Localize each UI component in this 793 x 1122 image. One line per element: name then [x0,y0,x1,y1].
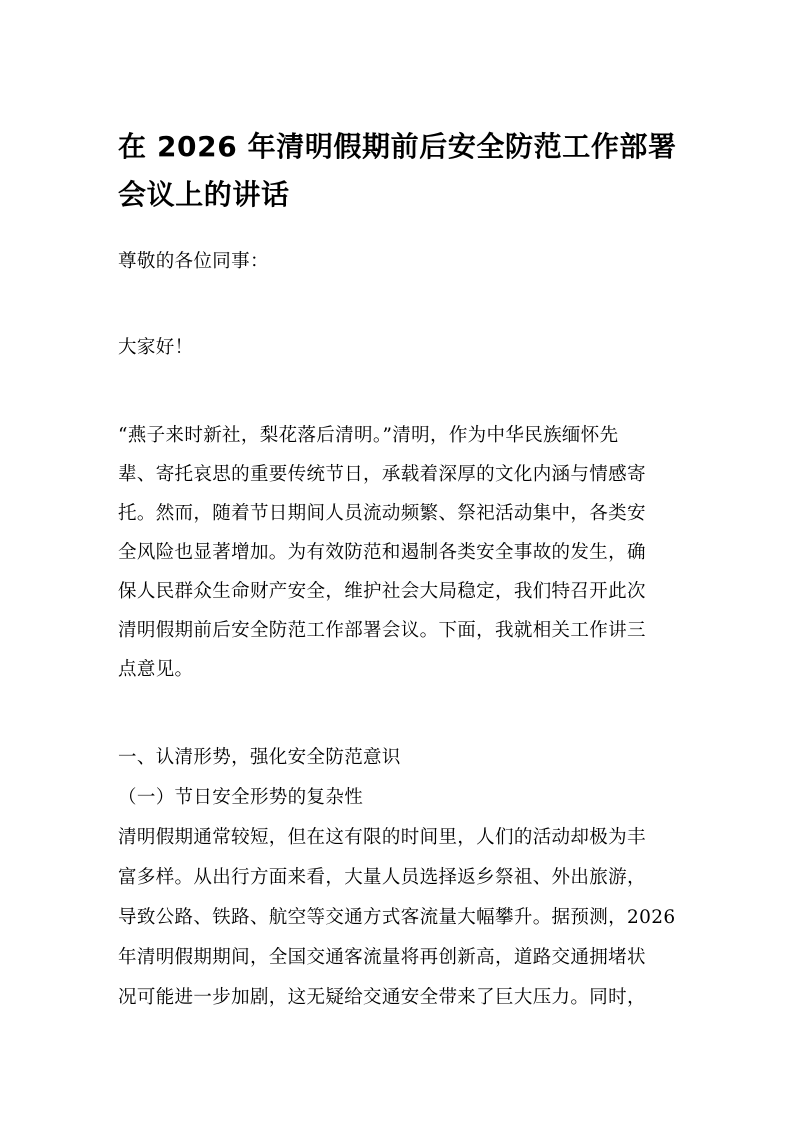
body-paragraph-line: 导致公路、铁路、航空等交通方式客流量大幅攀升。据预测，2026 [118,906,675,930]
intro-paragraph-line: 清明假期前后安全防范工作部署会议。下面，我就相关工作讲三 [118,619,646,643]
intro-paragraph-line: 辈、寄托哀思的重要传统节日，承载着深厚的文化内涵与情感寄 [118,463,646,487]
intro-paragraph-line: “燕子来时新社，梨花落后清明。”清明，作为中华民族缅怀先 [118,424,618,448]
subsection-heading: （一）节日安全形势的复杂性 [118,786,363,810]
intro-paragraph-line: 保人民群众生命财产安全，维护社会大局稳定，我们特召开此次 [118,580,646,604]
document-title-line-2: 会议上的讲话 [118,178,290,212]
body-paragraph-line: 况可能进一步加剧，这无疑给交通安全带来了巨大压力。同时， [118,986,646,1010]
document-title-line-1: 在 2026 年清明假期前后安全防范工作部署 [118,130,677,164]
greeting: 大家好！ [118,336,193,360]
body-paragraph-line: 富多样。从出行方面来看，大量人员选择返乡祭祖、外出旅游， [118,866,646,890]
intro-paragraph-line: 点意见。 [118,658,193,682]
intro-paragraph-line: 托。然而，随着节日期间人员流动频繁、祭祀活动集中，各类安 [118,502,646,526]
intro-paragraph-line: 全风险也显著增加。为有效防范和遏制各类安全事故的发生，确 [118,541,646,565]
section-heading: 一、认清形势，强化安全防范意识 [118,746,401,770]
salutation: 尊敬的各位同事： [118,250,269,274]
body-paragraph-line: 清明假期通常较短，但在这有限的时间里，人们的活动却极为丰 [118,826,646,850]
body-paragraph-line: 年清明假期期间，全国交通客流量将再创新高，道路交通拥堵状 [118,946,646,970]
